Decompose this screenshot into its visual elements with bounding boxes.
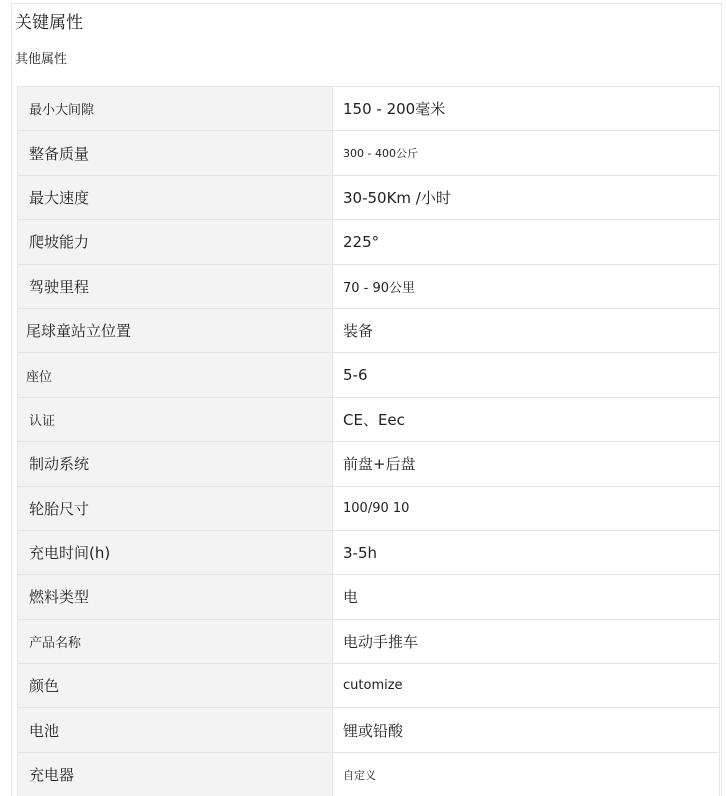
table-row: 认证 CE、Eec	[18, 397, 720, 441]
attribute-value: 自定义	[333, 752, 720, 796]
attribute-key: 驾驶里程	[18, 264, 333, 308]
attribute-value: CE、Eec	[333, 397, 720, 441]
table-row: 充电器 自定义	[18, 752, 720, 796]
attribute-key: 座位	[18, 353, 333, 397]
attribute-key: 轮胎尺寸	[18, 486, 333, 530]
table-row: 轮胎尺寸 100/90 10	[18, 486, 720, 530]
attributes-table: 最小大间隙 150 - 200毫米 整备质量 300 - 400公斤 最大速度 …	[17, 86, 720, 796]
table-row: 制动系统 前盘+后盘	[18, 442, 720, 486]
attribute-value: 300 - 400公斤	[333, 131, 720, 175]
attribute-value: 225°	[333, 220, 720, 264]
key-attributes-panel: 关键属性 其他属性 最小大间隙 150 - 200毫米 整备质量 300 - 4…	[11, 3, 722, 796]
table-row: 尾球童站立位置 装备	[18, 308, 720, 352]
attribute-key: 颜色	[18, 664, 333, 708]
attribute-value: 150 - 200毫米	[333, 87, 720, 131]
table-row: 最大速度 30-50Km /小时	[18, 175, 720, 219]
table-row: 整备质量 300 - 400公斤	[18, 131, 720, 175]
attribute-key: 燃料类型	[18, 575, 333, 619]
attribute-key: 认证	[18, 397, 333, 441]
attribute-key: 充电时间(h)	[18, 530, 333, 574]
table-row: 产品名称 电动手推车	[18, 619, 720, 663]
attribute-key: 整备质量	[18, 131, 333, 175]
attribute-key: 最大速度	[18, 175, 333, 219]
table-row: 最小大间隙 150 - 200毫米	[18, 87, 720, 131]
attribute-value: 5-6	[333, 353, 720, 397]
attribute-key: 爬坡能力	[18, 220, 333, 264]
attribute-key: 制动系统	[18, 442, 333, 486]
attribute-value: 30-50Km /小时	[333, 175, 720, 219]
table-row: 电池 锂或铅酸	[18, 708, 720, 752]
attribute-value: 3-5h	[333, 530, 720, 574]
attribute-value: cutomize	[333, 664, 720, 708]
attribute-value: 70 - 90公里	[333, 264, 720, 308]
attribute-key: 尾球童站立位置	[18, 308, 333, 352]
attribute-key: 电池	[18, 708, 333, 752]
attribute-value: 100/90 10	[333, 486, 720, 530]
table-row: 充电时间(h) 3-5h	[18, 530, 720, 574]
attribute-value: 电动手推车	[333, 619, 720, 663]
section-subtitle: 其他属性	[15, 48, 67, 67]
attribute-key: 充电器	[18, 752, 333, 796]
attribute-key: 最小大间隙	[18, 87, 333, 131]
section-title: 关键属性	[15, 8, 83, 33]
table-row: 驾驶里程 70 - 90公里	[18, 264, 720, 308]
attribute-key: 产品名称	[18, 619, 333, 663]
table-row: 爬坡能力 225°	[18, 220, 720, 264]
table-row: 燃料类型 电	[18, 575, 720, 619]
attribute-value: 锂或铅酸	[333, 708, 720, 752]
attribute-value: 前盘+后盘	[333, 442, 720, 486]
table-row: 颜色 cutomize	[18, 664, 720, 708]
attribute-value: 装备	[333, 308, 720, 352]
table-row: 座位 5-6	[18, 353, 720, 397]
attribute-value: 电	[333, 575, 720, 619]
